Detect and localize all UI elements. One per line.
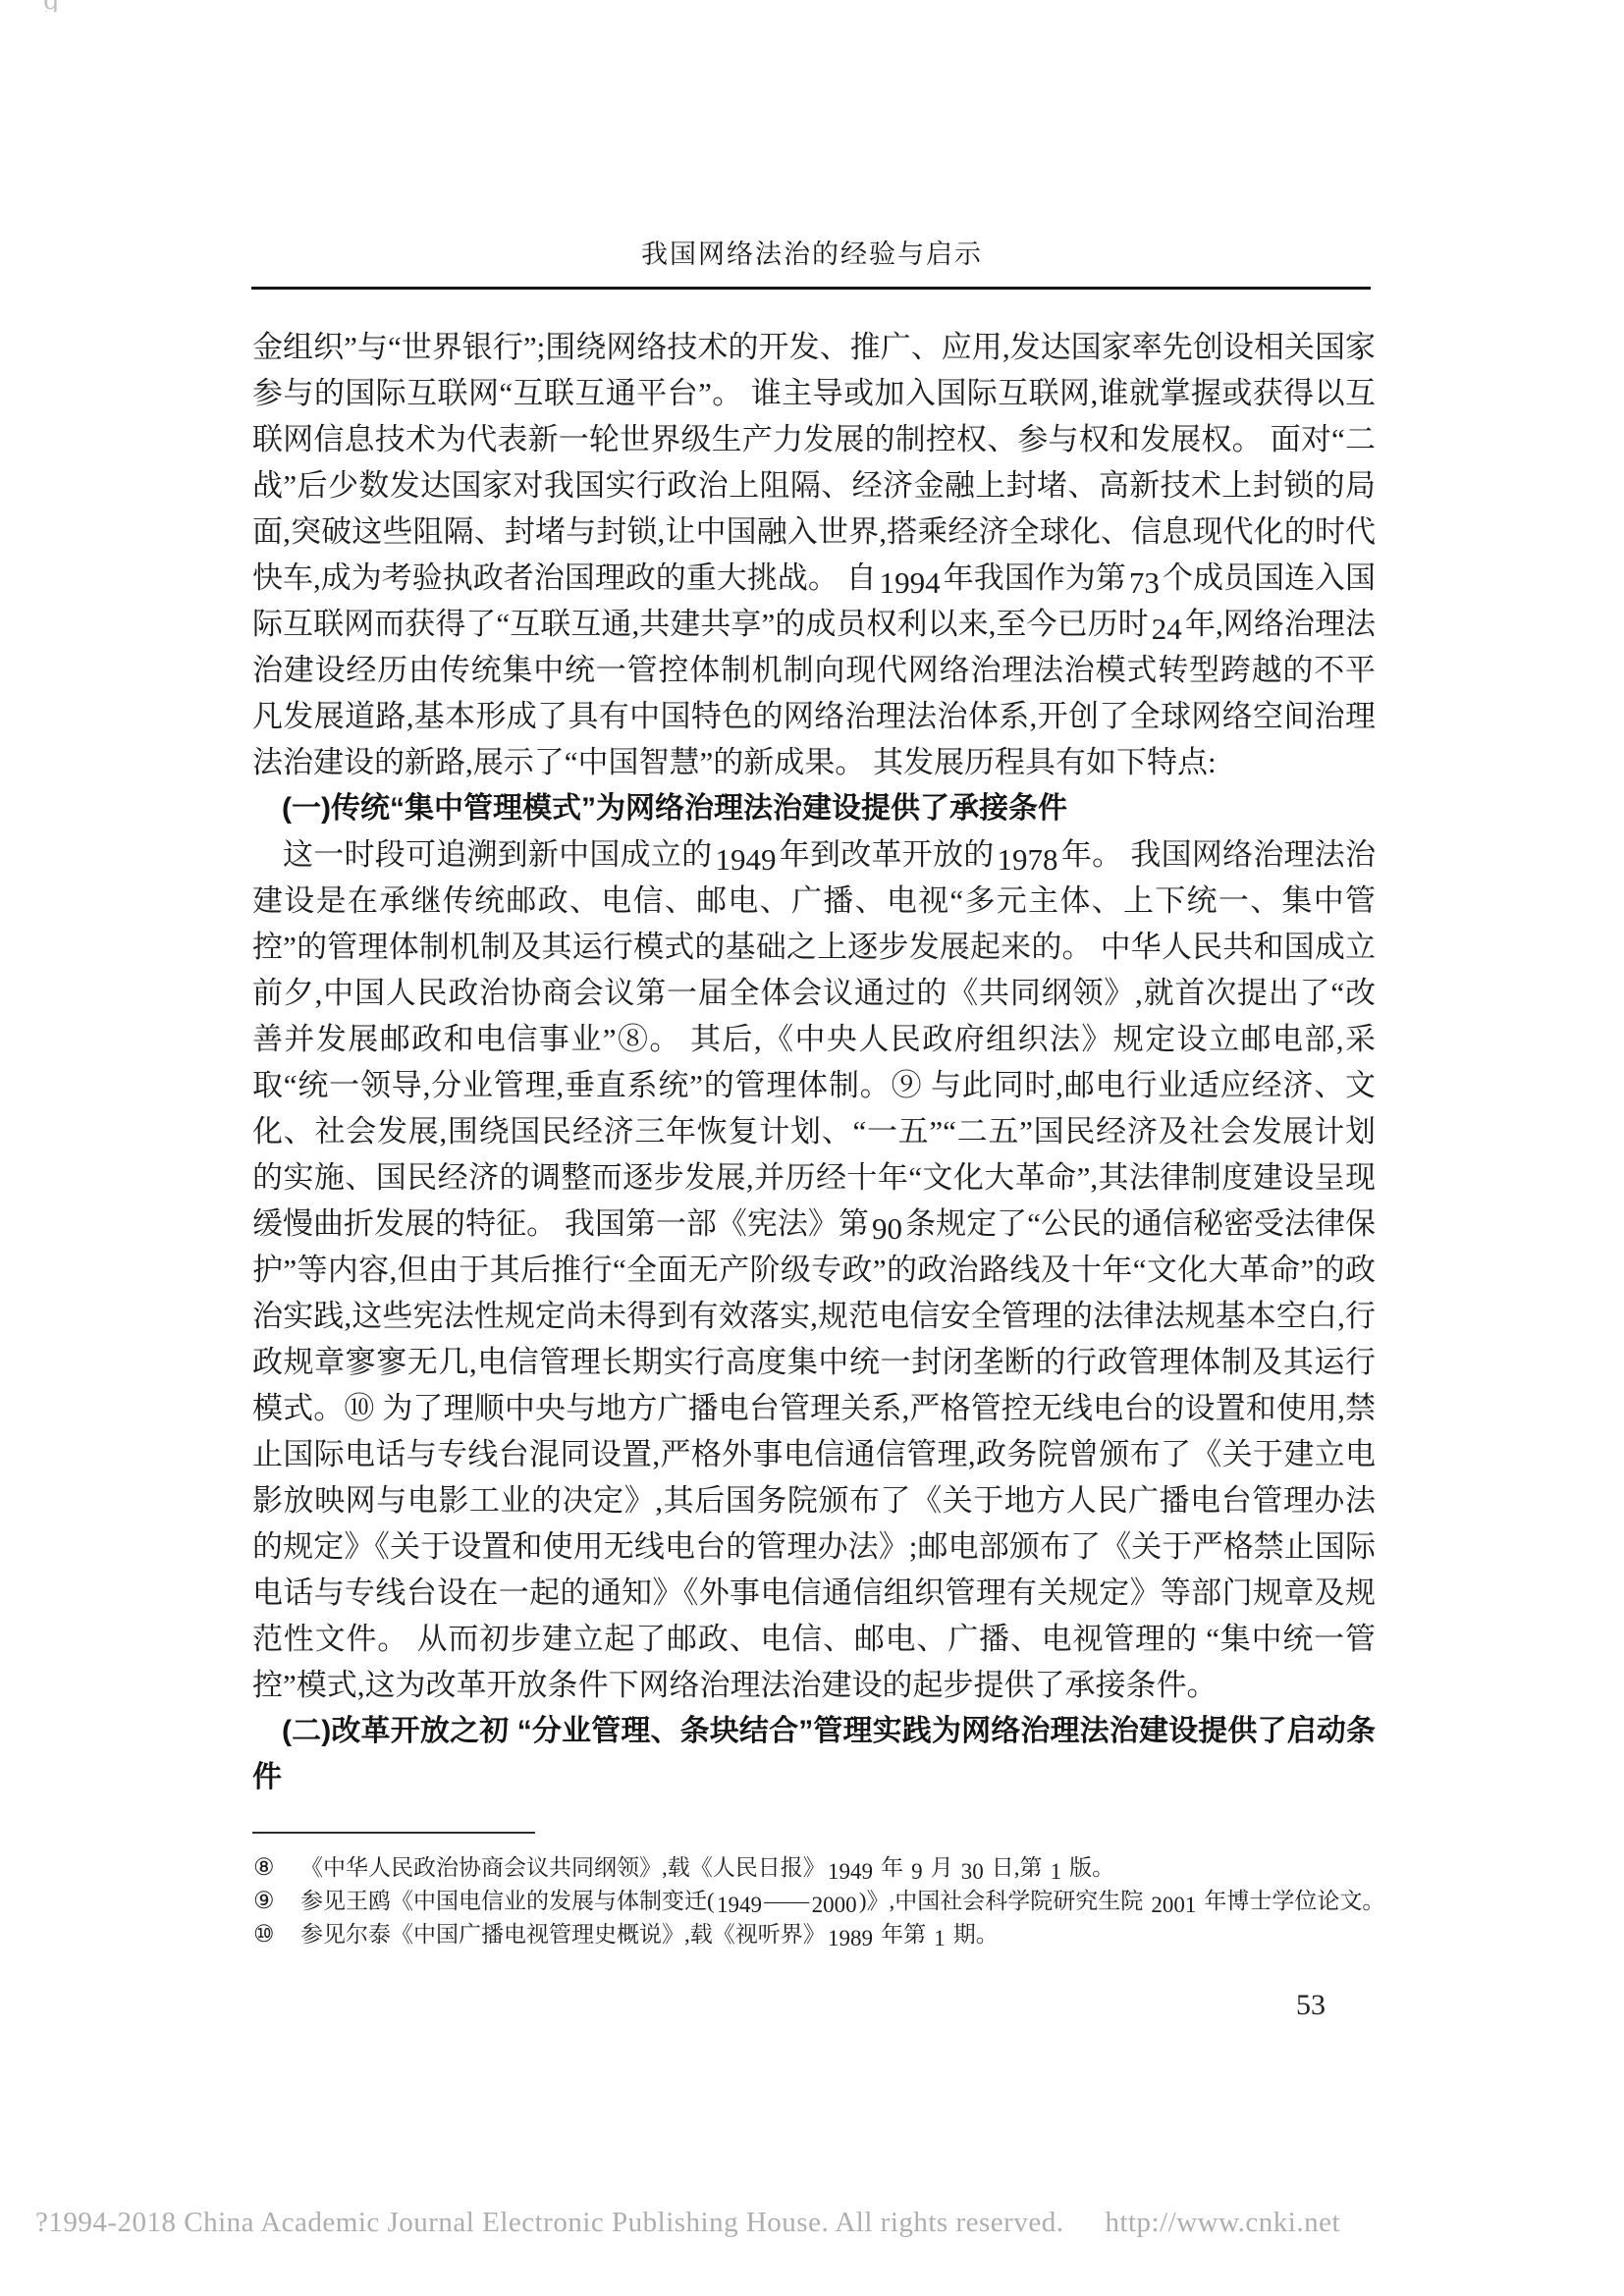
- footnote-text: 参见尔泰《中国广播电视管理史概说》,载《视听界》1989 年第 1 期。: [300, 1918, 1402, 1950]
- header-divider-rule: [251, 287, 1371, 290]
- footnote-marker: ⑨: [253, 1886, 300, 1918]
- footnote-list: ⑧ 《中华人民政治协商会议共同纲领》,载《人民日报》1949 年 9 月 30 …: [253, 1851, 1402, 1951]
- article-body: 金组织”与“世界银行”;围绕网络技术的开发、推广、应用,发达国家率先创设相关国家…: [252, 324, 1376, 1800]
- body-paragraph-1: 金组织”与“世界银行”;围绕网络技术的开发、推广、应用,发达国家率先创设相关国家…: [252, 324, 1376, 785]
- footnote-item: ⑧ 《中华人民政治协商会议共同纲领》,载《人民日报》1949 年 9 月 30 …: [253, 1851, 1402, 1885]
- footnote-divider-rule: [252, 1832, 535, 1834]
- section-heading-2: (二)改革开放之初 “分业管理、条块结合”管理实践为网络治理法治建设提供了启动条…: [252, 1708, 1376, 1800]
- footer-copyright-text: ?1994-2018 China Academic Journal Electr…: [35, 2207, 1063, 2238]
- publisher-footer: ?1994-2018 China Academic Journal Electr…: [35, 2207, 1587, 2239]
- footnote-marker: ⑩: [253, 1919, 300, 1951]
- footnote-marker: ⑧: [253, 1852, 300, 1885]
- footer-url-text: http://www.cnki.net: [1105, 2207, 1340, 2238]
- running-head-title: 我国网络法治的经验与启示: [0, 233, 1624, 271]
- footnote-item: ⑨ 参见王鸥《中国电信业的发展与体制变迁(1949——2000)》,中国社会科学…: [253, 1885, 1402, 1918]
- footnote-text: 《中华人民政治协商会议共同纲领》,载《人民日报》1949 年 9 月 30 日,…: [300, 1851, 1402, 1884]
- body-paragraph-2: 这一时段可追溯到新中国成立的1949年到改革开放的1978年。 我国网络治理法治…: [252, 831, 1376, 1708]
- page-number: 53: [1296, 1989, 1326, 2022]
- footnote-text: 参见王鸥《中国电信业的发展与体制变迁(1949——2000)》,中国社会科学院研…: [300, 1885, 1402, 1917]
- journal-page: g 我国网络法治的经验与启示 金组织”与“世界银行”;围绕网络技术的开发、推广、…: [0, 0, 1624, 2296]
- scan-artifact-mark: g: [43, 0, 60, 12]
- footnote-item: ⑩ 参见尔泰《中国广播电视管理史概说》,载《视听界》1989 年第 1 期。: [253, 1918, 1402, 1951]
- section-heading-1: (一)传统“集中管理模式”为网络治理法治建设提供了承接条件: [252, 785, 1376, 831]
